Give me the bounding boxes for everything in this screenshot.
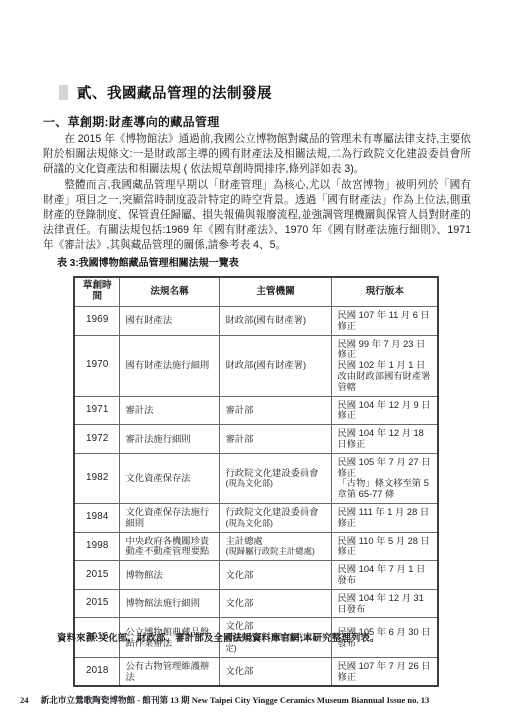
law-name: 中央政府各機關珍貴動產不動產管理要點 — [119, 532, 219, 561]
law-version: 民國 107 年 7 月 26 日修正 — [331, 657, 438, 686]
laws-table: 草創時間 法規名稱 主管機關 現行版本 1969 國有財產法 財政部(國有財產署… — [73, 276, 439, 687]
table-row: 1982 文化資產保存法 行政院文化建設委員會 (現為文化部) 民國 105 年… — [74, 453, 438, 503]
law-year: 2018 — [74, 657, 119, 686]
law-name: 國有財產法施行細則 — [119, 335, 219, 396]
document-page: 貳、我國藏品管理的法制發展 一、草創期:財產導向的藏品管理 在 2015 年《博… — [0, 0, 512, 724]
paragraph-1: 在 2015 年《博物館法》通過前,我國公立博物館對藏品的管理未有專屬法律支持,… — [43, 132, 471, 178]
law-agency: 主計總處 (現歸屬行政院主計總處) — [219, 532, 331, 561]
page-number: 24 — [20, 695, 29, 705]
law-version: 民國 105 年 7 月 27 日修正 「古物」條文移至第 5 章第 65-77… — [331, 453, 438, 503]
body-text: 在 2015 年《博物館法》通過前,我國公立博物館對藏品的管理未有專屬法律支持,… — [43, 132, 471, 254]
law-name: 審計法施行細則 — [119, 425, 219, 454]
table-header-row: 草創時間 法規名稱 主管機關 現行版本 — [74, 277, 438, 307]
law-agency: 行政院文化建設委員會 (現為文化部) — [219, 453, 331, 503]
law-year: 2015 — [74, 561, 119, 590]
table-row: 2018 公有古物管理維護辦法 文化部 民國 107 年 7 月 26 日修正 — [74, 657, 438, 686]
law-name: 公有古物管理維護辦法 — [119, 657, 219, 686]
column-header-year: 草創時間 — [74, 277, 119, 307]
page-footer: 24 新北市立鶯歌陶瓷博物館 - 館刊第 13 期 New Taipei Cit… — [20, 694, 500, 706]
law-name: 博物館法施行細則 — [119, 589, 219, 618]
law-year: 1984 — [74, 503, 119, 532]
table-row: 2015 博物館法施行細則 文化部 民國 104 年 12 月 31 日發布 — [74, 589, 438, 618]
law-version: 民國 111 年 1 月 28 日修正 — [331, 503, 438, 532]
law-agency: 審計部 — [219, 396, 331, 425]
table-row: 1998 中央政府各機關珍貴動產不動產管理要點 主計總處 (現歸屬行政院主計總處… — [74, 532, 438, 561]
table-row: 2015 博物館法 文化部 民國 104 年 7 月 1 日發布 — [74, 561, 438, 590]
law-version: 民國 104 年 12 月 9 日修正 — [331, 396, 438, 425]
law-name: 審計法 — [119, 396, 219, 425]
law-agency: 文化部 — [219, 561, 331, 590]
law-year: 1971 — [74, 396, 119, 425]
law-name: 博物館法 — [119, 561, 219, 590]
law-year: 1969 — [74, 307, 119, 336]
law-agency: 文化部 — [219, 589, 331, 618]
table-row: 1970 國有財產法施行細則 財政部(國有財產署) 民國 99 年 7 月 23… — [74, 335, 438, 396]
table-caption: 表 3:我國博物館藏品管理相關法規一覽表 — [57, 254, 239, 269]
section-heading: 貳、我國藏品管理的法制發展 — [59, 82, 272, 103]
law-year: 2015 — [74, 589, 119, 618]
law-name: 文化資產保存法 — [119, 453, 219, 503]
law-version: 民國 99 年 7 月 23 日修正 民國 102 年 1 月 1 日改由財政部… — [331, 335, 438, 396]
table-row: 1984 文化資產保存法施行細則 行政院文化建設委員會 (現為文化部) 民國 1… — [74, 503, 438, 532]
law-year: 1998 — [74, 532, 119, 561]
section-marker-icon — [59, 85, 68, 100]
source-note: 資料來源:文化部、財政部、審計部及全國法規資料庫官網;本研究整理列表。 — [57, 630, 380, 644]
law-version: 民國 104 年 7 月 1 日發布 — [331, 561, 438, 590]
law-agency: 行政院文化建設委員會 (現為文化部) — [219, 503, 331, 532]
column-header-agency: 主管機關 — [219, 277, 331, 307]
law-agency: 審計部 — [219, 425, 331, 454]
law-year: 1972 — [74, 425, 119, 454]
table-row: 1971 審計法 審計部 民國 104 年 12 月 9 日修正 — [74, 396, 438, 425]
law-agency: 財政部(國有財產署) — [219, 335, 331, 396]
law-version: 民國 104 年 12 月 31 日發布 — [331, 589, 438, 618]
journal-title: 新北市立鶯歌陶瓷博物館 - 館刊第 13 期 New Taipei City Y… — [41, 694, 430, 706]
section-heading-text: 貳、我國藏品管理的法制發展 — [77, 82, 272, 103]
law-version: 民國 107 年 11 月 6 日修正 — [331, 307, 438, 336]
law-name: 國有財產法 — [119, 307, 219, 336]
table-row: 1969 國有財產法 財政部(國有財產署) 民國 107 年 11 月 6 日修… — [74, 307, 438, 336]
paragraph-2: 整體而言,我國藏品管理早期以「財產管理」為核心,尤以「故宮博物」被明列於「國有財… — [43, 178, 471, 254]
table-row: 1972 審計法施行細則 審計部 民國 104 年 12 月 18 日修正 — [74, 425, 438, 454]
law-name: 文化資產保存法施行細則 — [119, 503, 219, 532]
law-year: 1970 — [74, 335, 119, 396]
law-year: 1982 — [74, 453, 119, 503]
law-agency: 文化部 — [219, 657, 331, 686]
law-version: 民國 104 年 12 月 18 日修正 — [331, 425, 438, 454]
column-header-version: 現行版本 — [331, 277, 438, 307]
law-agency: 財政部(國有財產署) — [219, 307, 331, 336]
column-header-name: 法規名稱 — [119, 277, 219, 307]
law-version: 民國 110 年 5 月 28 日修正 — [331, 532, 438, 561]
subsection-heading: 一、草創期:財產導向的藏品管理 — [43, 113, 220, 130]
